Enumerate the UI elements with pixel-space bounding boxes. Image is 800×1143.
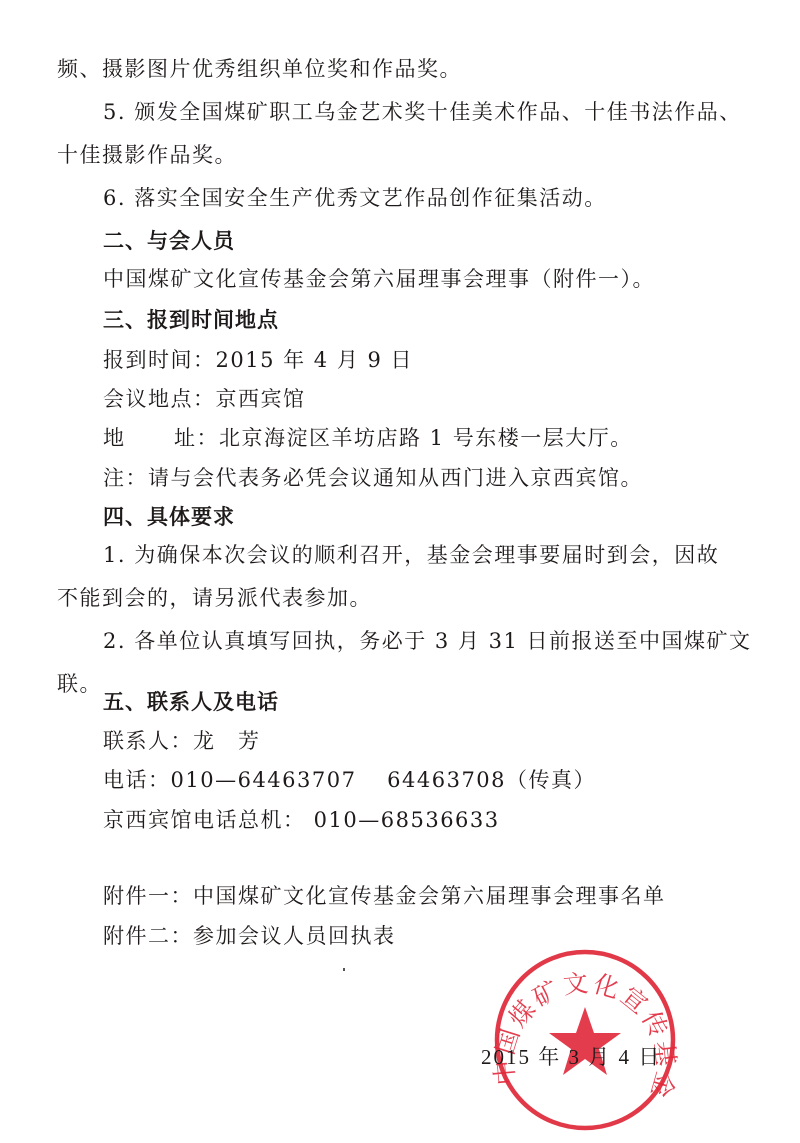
attachment-1: 附件一：中国煤矿文化宣传基金会第六届理事会理事名单 (103, 882, 666, 910)
attendees-text: 中国煤矿文化宣传基金会第六届理事会理事（附件一）。 (103, 265, 655, 293)
list-item-6: 6. 落实全国安全生产优秀文艺作品创作征集活动。 (103, 184, 607, 212)
contact-phone: 电话：010—64463707 64463708（传真） (103, 766, 596, 794)
official-seal-icon: 中国煤矿文化宣传基金会 (490, 945, 680, 1135)
section-heading-contacts: 五、联系人及电话 (103, 688, 279, 716)
section-heading-time-place: 三、报到时间地点 (103, 306, 279, 334)
issue-date: 2015 年 3 月 4 日 (481, 1043, 661, 1071)
address-label: 地 (103, 424, 126, 452)
section-heading-requirements: 四、具体要求 (103, 503, 235, 531)
address-text: 址：北京海淀区羊坊店路 1 号东楼一层大厅。 (174, 424, 633, 452)
meeting-venue: 会议地点：京西宾馆 (103, 385, 306, 413)
body-line: 频、摄影图片优秀组织单位奖和作品奖。 (57, 55, 462, 83)
contact-person: 联系人：龙 芳 (103, 727, 261, 755)
section-heading-attendees: 二、与会人员 (103, 227, 235, 255)
venue-note: 注：请与会代表务必凭会议通知从西门进入京西宾馆。 (103, 464, 643, 492)
list-item-5: 5. 颁发全国煤矿职工乌金艺术奖十佳美术作品、十佳书法作品、 (103, 98, 742, 126)
body-line: 十佳摄影作品奖。 (57, 141, 237, 169)
requirement-2-cont: 联。 (57, 670, 102, 698)
requirement-2: 2. 各单位认真填写回执，务必于 3 月 31 日前报送至中国煤矿文 (103, 627, 752, 655)
requirement-1: 1. 为确保本次会议的顺利召开，基金会理事要届时到会，因故 (103, 541, 719, 569)
speck (343, 968, 345, 971)
attachment-2: 附件二：参加会议人员回执表 (103, 922, 396, 950)
hotel-phone: 京西宾馆电话总机： 010—68536633 (103, 806, 500, 834)
checkin-time: 报到时间：2015 年 4 月 9 日 (103, 346, 413, 374)
requirement-1-cont: 不能到会的，请另派代表参加。 (57, 584, 372, 612)
